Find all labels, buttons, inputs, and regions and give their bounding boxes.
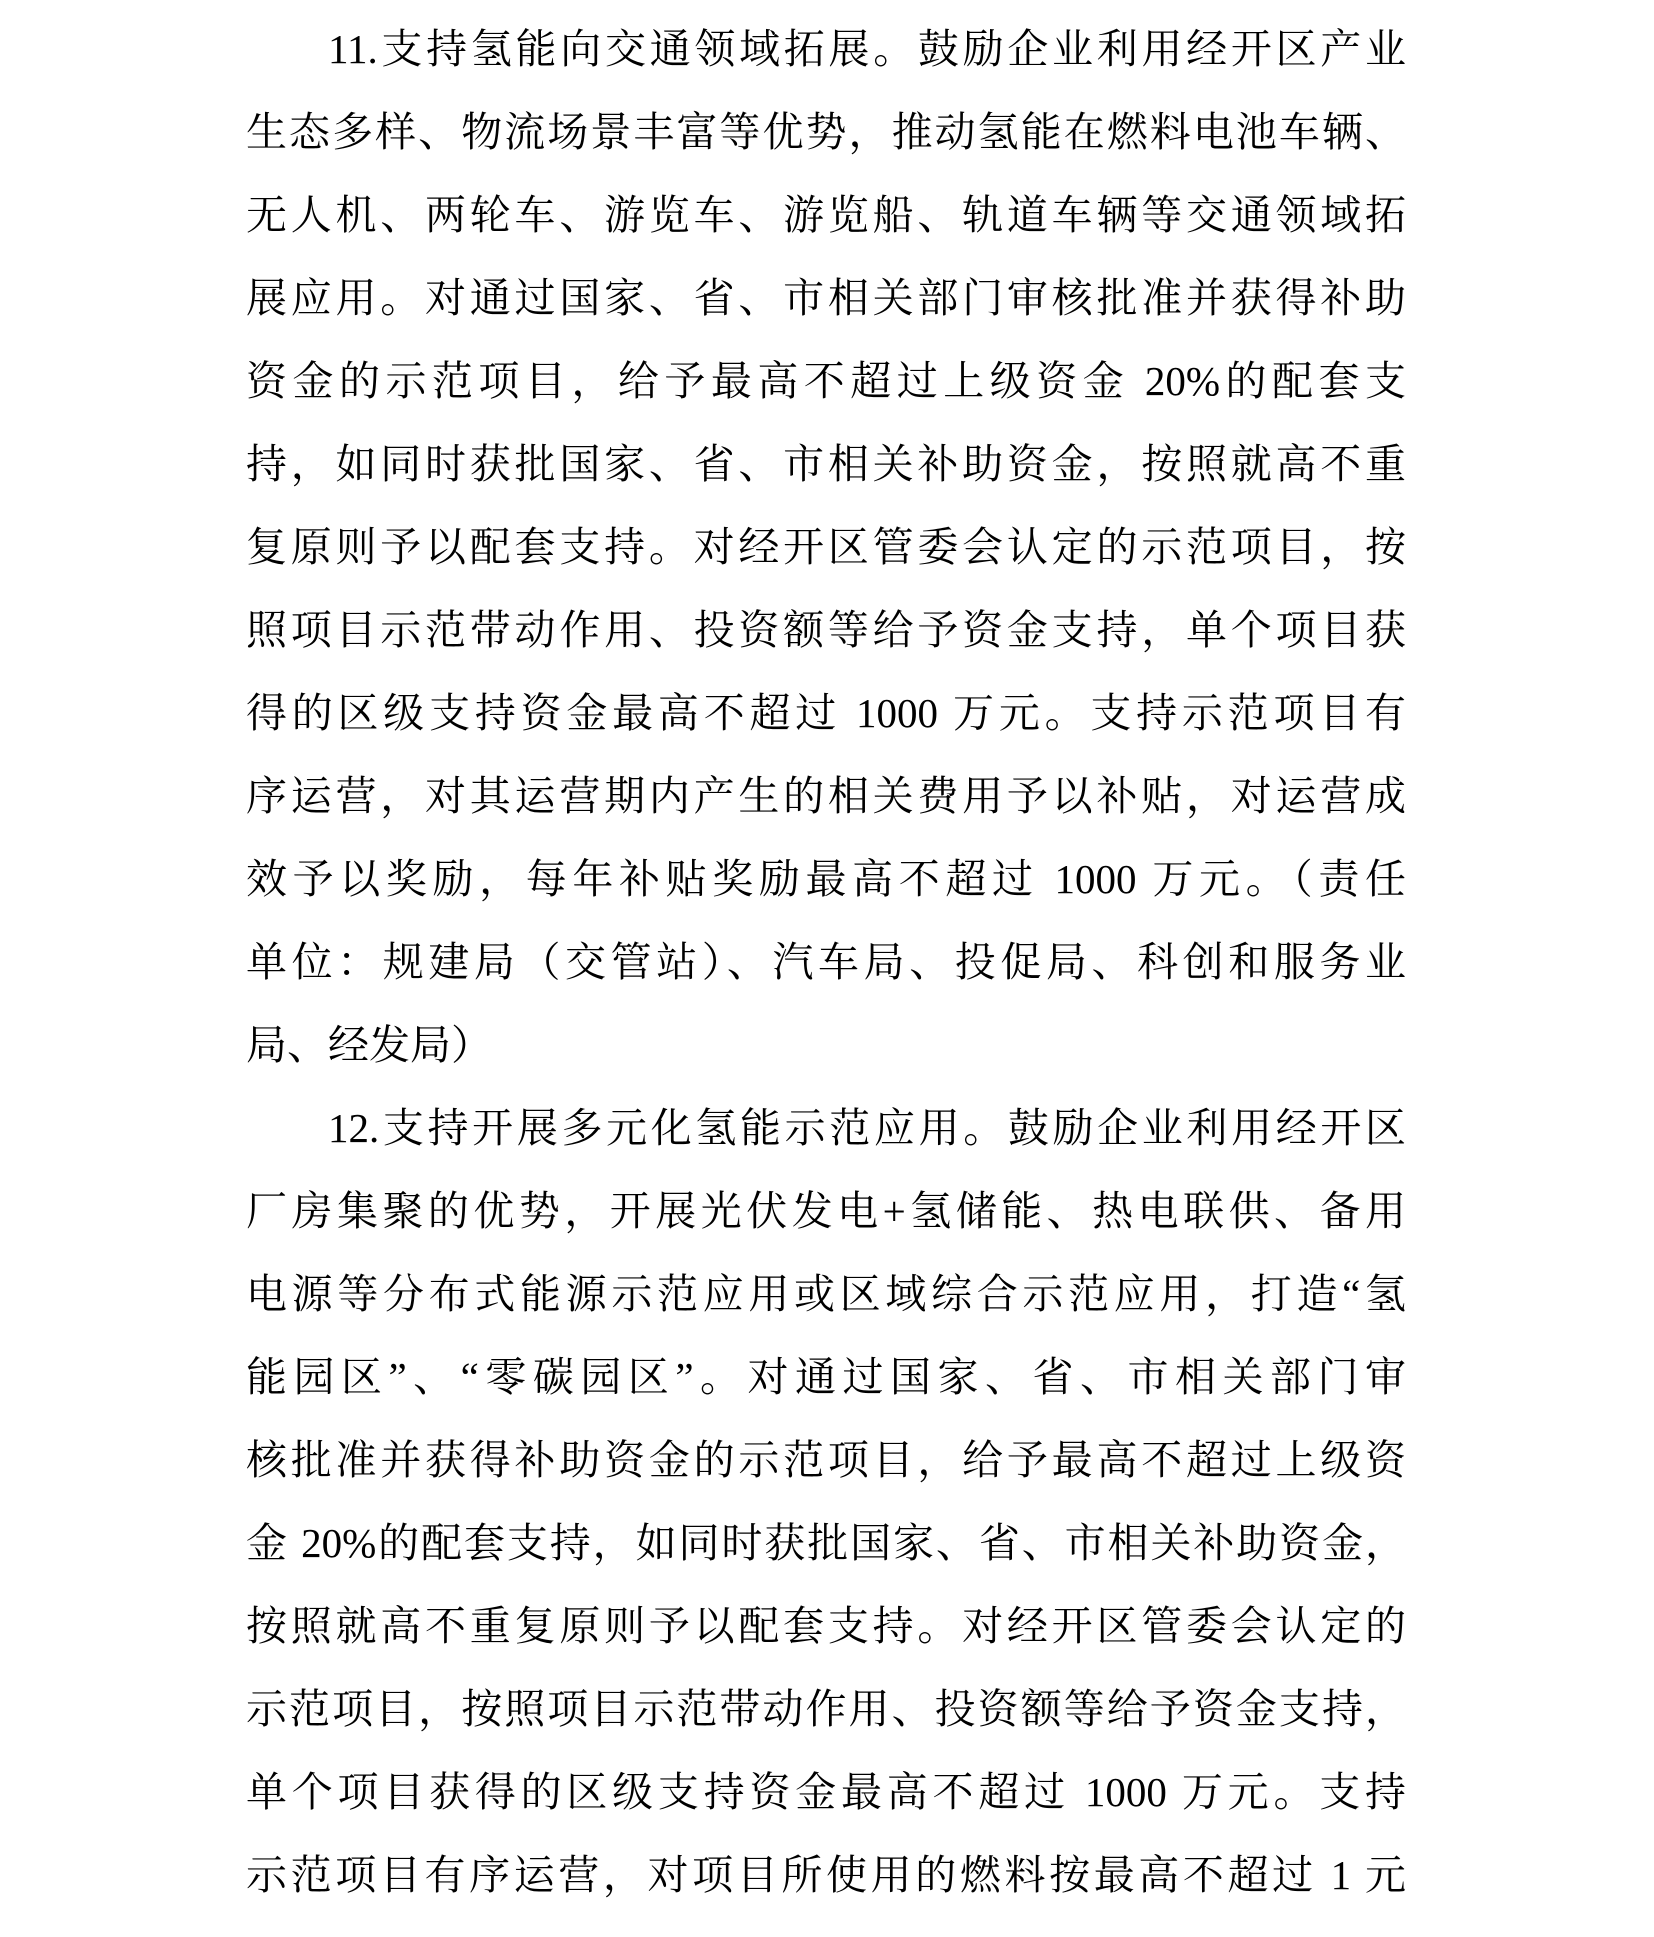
text-line: 厂房集聚的优势，开展光伏发电+氢储能、热电联供、备用	[246, 1170, 1406, 1253]
text-line: 按照就高不重复原则予以配套支持。对经开区管委会认定的	[246, 1585, 1406, 1668]
paragraph-clause-12: 12.支持开展多元化氢能示范应用。鼓励企业利用经开区厂房集聚的优势，开展光伏发电…	[246, 1087, 1406, 1917]
text-line: 电源等分布式能源示范应用或区域综合示范应用，打造“氢	[246, 1253, 1406, 1336]
text-line: 单个项目获得的区级支持资金最高不超过 1000 万元。支持	[246, 1751, 1406, 1834]
document-page: 11.支持氢能向交通领域拓展。鼓励企业利用经开区产业生态多样、物流场景丰富等优势…	[0, 0, 1654, 1937]
text-line: 生态多样、物流场景丰富等优势，推动氢能在燃料电池车辆、	[246, 91, 1406, 174]
text-line: 金 20%的配套支持，如同时获批国家、省、市相关补助资金，	[246, 1502, 1406, 1585]
text-line: 复原则予以配套支持。对经开区管委会认定的示范项目，按	[246, 506, 1406, 589]
paragraph-clause-11: 11.支持氢能向交通领域拓展。鼓励企业利用经开区产业生态多样、物流场景丰富等优势…	[246, 8, 1406, 1087]
text-line: 示范项目，按照项目示范带动作用、投资额等给予资金支持，	[246, 1668, 1406, 1751]
text-line: 示范项目有序运营，对项目所使用的燃料按最高不超过 1 元	[246, 1834, 1406, 1917]
text-line: 序运营，对其运营期内产生的相关费用予以补贴，对运营成	[246, 755, 1406, 838]
text-line: 展应用。对通过国家、省、市相关部门审核批准并获得补助	[246, 257, 1406, 340]
text-line: 12.支持开展多元化氢能示范应用。鼓励企业利用经开区	[246, 1087, 1406, 1170]
text-line: 资金的示范项目，给予最高不超过上级资金 20%的配套支	[246, 340, 1406, 423]
document-body: 11.支持氢能向交通领域拓展。鼓励企业利用经开区产业生态多样、物流场景丰富等优势…	[246, 8, 1406, 1917]
text-line: 单位：规建局（交管站）、汽车局、投促局、科创和服务业	[246, 921, 1406, 1004]
text-line: 无人机、两轮车、游览车、游览船、轨道车辆等交通领域拓	[246, 174, 1406, 257]
text-line: 得的区级支持资金最高不超过 1000 万元。支持示范项目有	[246, 672, 1406, 755]
text-line: 能园区”、“零碳园区”。对通过国家、省、市相关部门审	[246, 1336, 1406, 1419]
text-line: 局、经发局）	[246, 1004, 1406, 1087]
text-line: 效予以奖励，每年补贴奖励最高不超过 1000 万元。（责任	[246, 838, 1406, 921]
text-line: 照项目示范带动作用、投资额等给予资金支持，单个项目获	[246, 589, 1406, 672]
text-line: 11.支持氢能向交通领域拓展。鼓励企业利用经开区产业	[246, 8, 1406, 91]
text-line: 持，如同时获批国家、省、市相关补助资金，按照就高不重	[246, 423, 1406, 506]
text-line: 核批准并获得补助资金的示范项目，给予最高不超过上级资	[246, 1419, 1406, 1502]
